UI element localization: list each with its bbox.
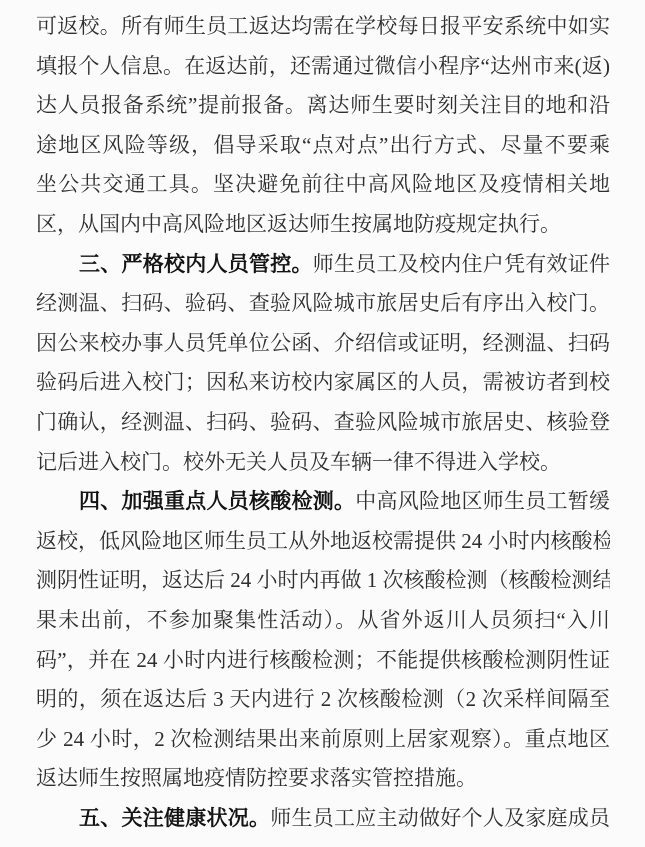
line-text: 填报个人信息。在返达前，还需通过微信小程序“达州市来(返): [36, 54, 610, 78]
text-line: 填报个人信息。在返达前，还需通过微信小程序“达州市来(返): [36, 47, 610, 87]
line-text: 师生员工应主动做好个人及家庭成员: [270, 806, 610, 830]
line-text: 因公来校办事人员凭单位公函、介绍信或证明，经测温、扫码: [36, 331, 610, 355]
text-line: 区，从国内中高风险地区返达师生按属地防疫规定执行。: [36, 205, 610, 245]
text-line: 验码后进入校门；因私来访校内家属区的人员，需被访者到校: [36, 363, 610, 403]
line-text: 明的，须在返达后 3 天内进行 2 次核酸检测（2 次采样间隔至: [36, 687, 610, 711]
text-line: 可返校。所有师生员工返达均需在学校每日报平安系统中如实: [36, 7, 610, 47]
document-page: 可返校。所有师生员工返达均需在学校每日报平安系统中如实填报个人信息。在返达前，还…: [0, 0, 645, 847]
line-text: 途地区风险等级，倡导采取“点对点”出行方式、尽量不要乘: [36, 133, 610, 157]
text-line: 记后进入校门。校外无关人员及车辆一律不得进入学校。: [36, 443, 610, 483]
line-text: 可返校。所有师生员工返达均需在学校每日报平安系统中如实: [36, 14, 610, 38]
text-line: 四、加强重点人员核酸检测。中高风险地区师生员工暂缓: [36, 482, 610, 522]
line-text: 少 24 小时，2 次检测结果出来前原则上居家观察）。重点地区: [36, 727, 610, 751]
text-line: 经测温、扫码、验码、查验风险城市旅居史后有序出入校门。: [36, 284, 610, 324]
text-line: 坐公共交通工具。坚决避免前往中高风险地区及疫情相关地: [36, 165, 610, 205]
line-text: 经测温、扫码、验码、查验风险城市旅居史后有序出入校门。: [36, 291, 610, 315]
line-text: 测阴性证明，返达后 24 小时内再做 1 次核酸检测（核酸检测结: [36, 568, 610, 592]
line-text: 门确认，经测温、扫码、验码、查验风险城市旅居史、核验登: [36, 410, 610, 434]
text-line: 返校，低风险地区师生员工从外地返校需提供 24 小时内核酸检: [36, 522, 610, 562]
document-background: { "page": { "background_color": "#fbfbfb…: [0, 0, 645, 847]
text-line: 达人员报备系统”提前报备。离达师生要时刻关注目的地和沿: [36, 86, 610, 126]
text-line: 果未出前，不参加聚集性活动）。从省外返川人员须扫“入川: [36, 601, 610, 641]
text-line: 门确认，经测温、扫码、验码、查验风险城市旅居史、核验登: [36, 403, 610, 443]
text-line: 五、关注健康状况。师生员工应主动做好个人及家庭成员: [36, 799, 610, 839]
text-line: 明的，须在返达后 3 天内进行 2 次核酸检测（2 次采样间隔至: [36, 680, 610, 720]
section-heading: 五、关注健康状况。: [79, 806, 270, 830]
line-text: 师生员工及校内住户凭有效证件: [313, 252, 610, 276]
line-text: 记后进入校门。校外无关人员及车辆一律不得进入学校。: [36, 450, 561, 474]
text-line: 码”，并在 24 小时内进行核酸检测；不能提供核酸检测阴性证: [36, 641, 610, 681]
section-heading: 三、严格校内人员管控。: [79, 252, 313, 276]
line-text: 返校，低风险地区师生员工从外地返校需提供 24 小时内核酸检: [36, 529, 610, 553]
line-text: 达人员报备系统”提前报备。离达师生要时刻关注目的地和沿: [36, 93, 610, 117]
text-line: 三、严格校内人员管控。师生员工及校内住户凭有效证件: [36, 245, 610, 285]
text-line: 途地区风险等级，倡导采取“点对点”出行方式、尽量不要乘: [36, 126, 610, 166]
line-text: 验码后进入校门；因私来访校内家属区的人员，需被访者到校: [36, 370, 610, 394]
line-text: 果未出前，不参加聚集性活动）。从省外返川人员须扫“入川: [36, 608, 610, 632]
line-text: 码”，并在 24 小时内进行核酸检测；不能提供核酸检测阴性证: [36, 648, 610, 672]
line-text: 坐公共交通工具。坚决避免前往中高风险地区及疫情相关地: [36, 172, 610, 196]
text-line: 因公来校办事人员凭单位公函、介绍信或证明，经测温、扫码: [36, 324, 610, 364]
text-line: 少 24 小时，2 次检测结果出来前原则上居家观察）。重点地区: [36, 720, 610, 760]
line-text: 中高风险地区师生员工暂缓: [355, 489, 610, 513]
text-line: 返达师生按照属地疫情防控要求落实管控措施。: [36, 759, 610, 799]
line-text: 返达师生按照属地疫情防控要求落实管控措施。: [36, 766, 477, 790]
section-heading: 四、加强重点人员核酸检测。: [79, 489, 355, 513]
text-line: 测阴性证明，返达后 24 小时内再做 1 次核酸检测（核酸检测结: [36, 561, 610, 601]
line-text: 区，从国内中高风险地区返达师生按属地防疫规定执行。: [36, 212, 561, 236]
